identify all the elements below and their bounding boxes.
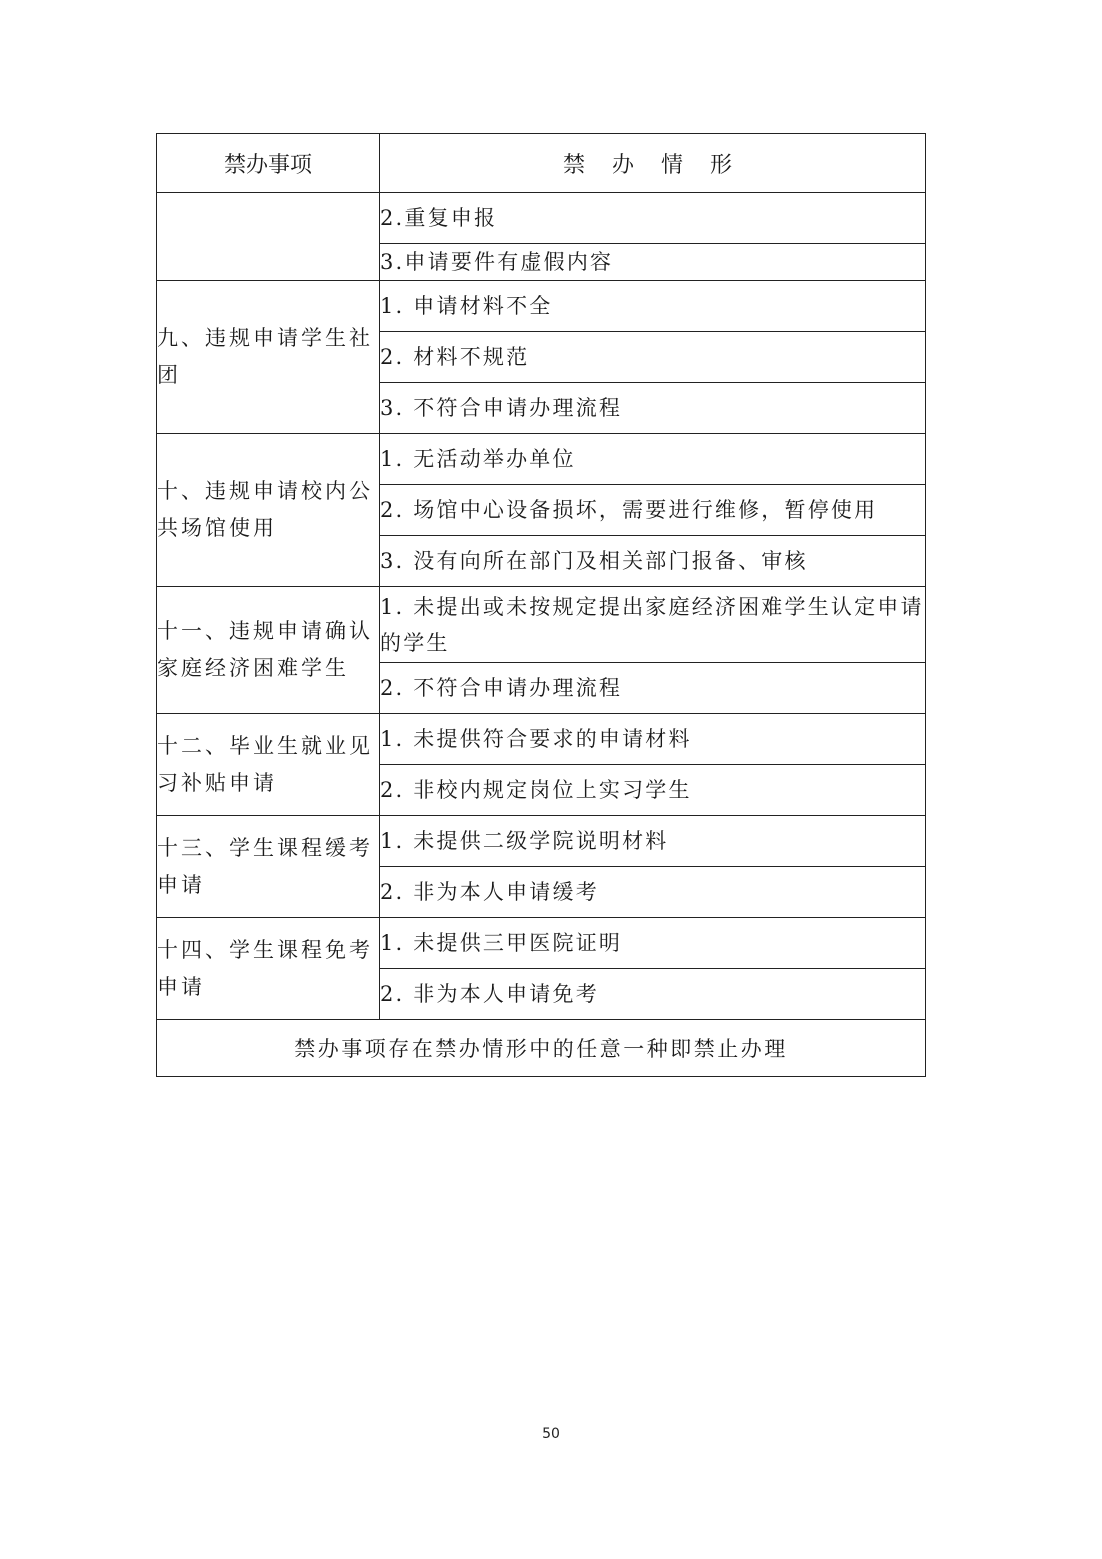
item-cell: 十一、违规申请确认家庭经济困难学生: [157, 587, 380, 714]
situation-cell: 2. 非为本人申请缓考: [380, 867, 926, 918]
prohibited-items-table: 禁办事项 禁 办 情 形 2.重复申报 3.申请要件有虚假内容 九、违规申请学生…: [156, 133, 926, 1077]
table-row: 十、违规申请校内公共场馆使用 1. 无活动举办单位: [157, 434, 926, 485]
footer-note: 禁办事项存在禁办情形中的任意一种即禁止办理: [157, 1020, 926, 1077]
situation-cell: 1. 未提供符合要求的申请材料: [380, 714, 926, 765]
table-row: 十三、学生课程缓考申请 1. 未提供二级学院说明材料: [157, 816, 926, 867]
situation-cell: 1. 未提供三甲医院证明: [380, 918, 926, 969]
header-prohibited-situation: 禁 办 情 形: [380, 134, 926, 193]
situation-cell: 1. 申请材料不全: [380, 281, 926, 332]
situation-cell: 2. 非为本人申请免考: [380, 969, 926, 1020]
table-footer-row: 禁办事项存在禁办情形中的任意一种即禁止办理: [157, 1020, 926, 1077]
table-row: 2.重复申报: [157, 193, 926, 244]
item-cell: 十、违规申请校内公共场馆使用: [157, 434, 380, 587]
item-cell: 九、违规申请学生社团: [157, 281, 380, 434]
document-page: 禁办事项 禁 办 情 形 2.重复申报 3.申请要件有虚假内容 九、违规申请学生…: [0, 0, 1102, 1559]
situation-cell: 2.重复申报: [380, 193, 926, 244]
situation-cell: 3.申请要件有虚假内容: [380, 244, 926, 281]
table-row: 十四、学生课程免考申请 1. 未提供三甲医院证明: [157, 918, 926, 969]
situation-cell: 2. 场馆中心设备损坏，需要进行维修，暂停使用: [380, 485, 926, 536]
situation-cell: 2. 不符合申请办理流程: [380, 663, 926, 714]
situation-cell: 3. 不符合申请办理流程: [380, 383, 926, 434]
item-cell: 十四、学生课程免考申请: [157, 918, 380, 1020]
item-cell: [157, 193, 380, 281]
situation-cell: 1. 未提出或未按规定提出家庭经济困难学生认定申请的学生: [380, 587, 926, 663]
table-row: 九、违规申请学生社团 1. 申请材料不全: [157, 281, 926, 332]
table-row: 十一、违规申请确认家庭经济困难学生 1. 未提出或未按规定提出家庭经济困难学生认…: [157, 587, 926, 663]
situation-cell: 2. 材料不规范: [380, 332, 926, 383]
table-header-row: 禁办事项 禁 办 情 形: [157, 134, 926, 193]
situation-cell: 3. 没有向所在部门及相关部门报备、审核: [380, 536, 926, 587]
situation-cell: 1. 未提供二级学院说明材料: [380, 816, 926, 867]
item-cell: 十二、毕业生就业见习补贴申请: [157, 714, 380, 816]
item-cell: 十三、学生课程缓考申请: [157, 816, 380, 918]
header-prohibited-item: 禁办事项: [157, 134, 380, 193]
situation-cell: 1. 无活动举办单位: [380, 434, 926, 485]
page-number: 50: [0, 1426, 1102, 1442]
situation-cell: 2. 非校内规定岗位上实习学生: [380, 765, 926, 816]
table-row: 十二、毕业生就业见习补贴申请 1. 未提供符合要求的申请材料: [157, 714, 926, 765]
